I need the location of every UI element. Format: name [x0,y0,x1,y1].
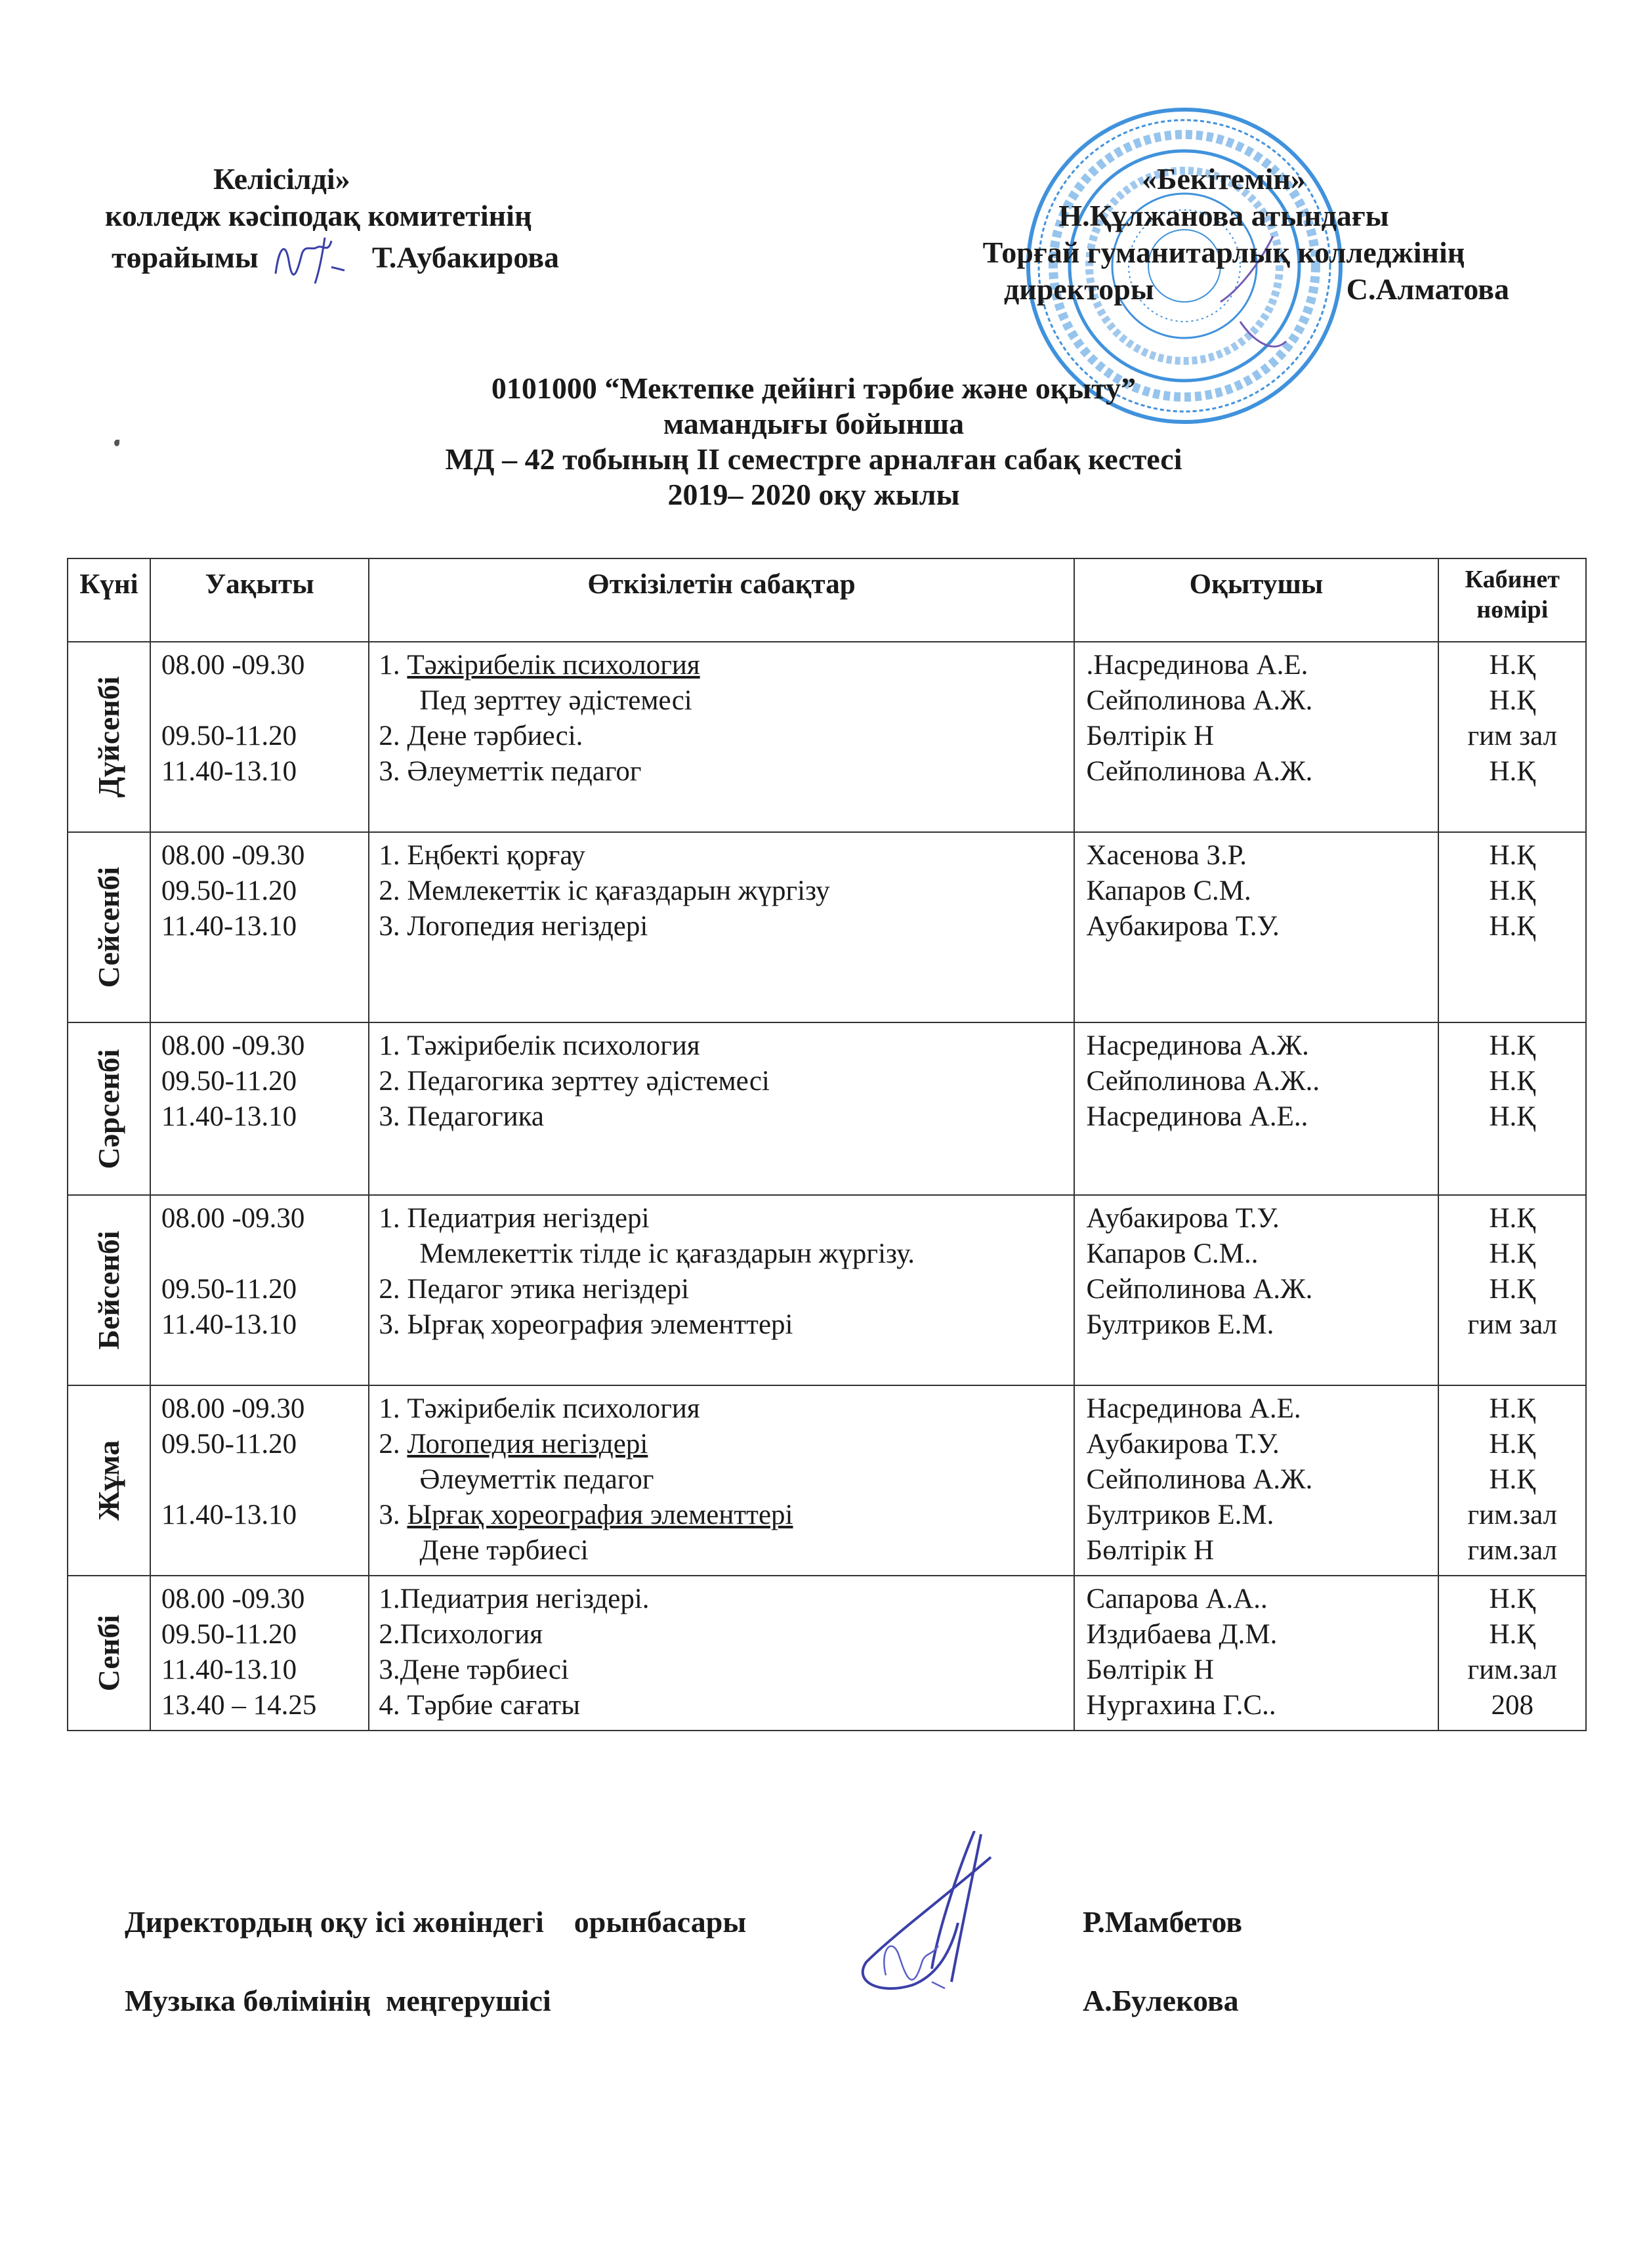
subject-line: 1. Тәжірибелік психология [379,1028,1073,1064]
room-line: Н.Қ [1439,1028,1585,1064]
subject-line: 4. Тәрбие сағаты [379,1688,1073,1723]
header-subjects: Өткізілетін сабақтар [369,558,1074,642]
day-cell: Дүйсенбі [68,642,150,832]
director-name: С.Алматова [1346,271,1509,308]
teacher-line: Капаров С.М.. [1087,1236,1438,1272]
time-line: 09.50-11.20 [161,1064,369,1099]
time-line: 11.40-13.10 [161,909,369,944]
time-line: 11.40-13.10 [161,1099,369,1135]
table-row: Сенбі08.00 -09.3009.50-11.2011.40-13.101… [68,1576,1586,1731]
room-line: гим.зал [1439,1533,1585,1568]
time-line: 08.00 -09.30 [161,1582,369,1617]
room-line: Н.Қ [1439,1427,1585,1462]
room-line: Н.Қ [1439,1272,1585,1307]
teacher-line: Капаров С.М. [1087,873,1438,909]
schedule-table: Күні Уақыты Өткізілетін сабақтар Оқытушы… [67,558,1587,1731]
teacher-line: Насрединова А.Е.. [1087,1099,1438,1135]
time-cell: 08.00 -09.3009.50-11.2011.40-13.1013.40 … [150,1576,369,1731]
deputy-name: Р.Мамбетов [1083,1904,1242,1939]
time-line: 08.00 -09.30 [161,1201,369,1236]
subject-text: 1. Тәжірибелік психология [379,1393,699,1424]
time-line [161,1236,369,1272]
teacher-line: Сейполинова А.Ж.. [1087,1064,1438,1099]
subject-number: 3. [379,1500,407,1530]
room-line: Н.Қ [1439,909,1585,944]
teacher-line: Аубакирова Т.У. [1087,1427,1438,1462]
subject-line: Мемлекеттік тілде іс қағаздарын жүргізу. [379,1236,1073,1272]
time-line: 08.00 -09.30 [161,648,369,683]
teacher-line: Бөлтірік Н [1087,1533,1438,1568]
subject-line: 2. Педагогика зерттеу әдістемесі [379,1064,1073,1099]
time-line: 13.40 – 14.25 [161,1688,369,1723]
subject-line: 2.Психология [379,1617,1073,1652]
time-cell: 08.00 -09.3009.50-11.2011.40-13.10 [150,1385,369,1576]
table-row: Жұма08.00 -09.3009.50-11.2011.40-13.101.… [68,1385,1586,1576]
subject-line: 2. Мемлекеттік іс қағаздарын жүргізу [379,873,1073,909]
approval-block-right: «Бекітемін» Н.Құлжанова атындағы Торғай … [912,161,1535,308]
header-room-line1: Кабинет [1440,564,1585,595]
day-label: Жұма [91,1440,127,1521]
room-cell: Н.ҚН.ҚН.Қ [1438,1022,1586,1195]
teacher-line: Бөлтірік Н [1087,719,1438,754]
subject-line: 1. Тәжірибелік психология [379,1391,1073,1427]
subject-line: 2. Дене тәрбиесі. [379,719,1073,754]
teacher-cell: .Насрединова А.Е.Сейполинова А.Ж.Бөлтірі… [1074,642,1439,832]
signature-icon [840,1831,1030,2002]
subject-text: Әлеуметтік педагог [419,1464,654,1495]
teacher-line: .Насрединова А.Е. [1087,648,1438,683]
teacher-cell: Насрединова А.Ж.Сейполинова А.Ж..Насреди… [1074,1022,1439,1195]
subject-cell: 1. Еңбекті қорғау2. Мемлекеттік іс қағаз… [369,832,1074,1022]
time-line: 09.50-11.20 [161,1427,369,1462]
table-row: Бейсенбі08.00 -09.3009.50-11.2011.40-13.… [68,1195,1586,1385]
subject-text: 3. Логопедия негіздері [379,911,648,942]
subject-line: 2. Педагог этика негіздері [379,1272,1073,1307]
head-role: Музыка бөлімінің меңгерушісі [125,1984,551,2017]
title-group: МД – 42 тобының ІІ семестрге арналған са… [131,442,1496,477]
director-line: директоры С.Алматова [912,271,1535,308]
time-line: 11.40-13.10 [161,1498,369,1533]
subject-text: 3. Ырғақ хореография элементтері [379,1309,793,1340]
room-line: Н.Қ [1439,873,1585,909]
room-line: Н.Қ [1439,1617,1585,1652]
subject-text: 3. Педагогика [379,1101,544,1132]
time-line: 09.50-11.20 [161,1617,369,1652]
room-cell: Н.ҚН.Қгим залН.Қ [1438,642,1586,832]
head-name: А.Булекова [1083,1983,1239,2018]
subject-title-underlined: Логопедия негіздері [407,1429,648,1459]
room-cell: Н.ҚН.ҚН.Қгим.залгим.зал [1438,1385,1586,1576]
subject-number: 2. [379,1429,407,1459]
time-line [161,683,369,719]
teacher-line: Бултриков Е.М. [1087,1307,1438,1343]
approved-label: «Бекітемін» [912,161,1535,198]
subject-line: 3. Әлеуметтік педагог [379,754,1073,789]
teacher-line: Насрединова А.Ж. [1087,1028,1438,1064]
time-cell: 08.00 -09.3009.50-11.2011.40-13.10 [150,832,369,1022]
room-line: Н.Қ [1439,1391,1585,1427]
time-cell: 08.00 -09.3009.50-11.2011.40-13.10 [150,642,369,832]
subject-line: 3. Логопедия негіздері [379,909,1073,944]
subject-text: 2.Психология [379,1619,543,1650]
day-label: Дүйсенбі [91,677,127,798]
teacher-line: Бөлтірік Н [1087,1652,1438,1688]
room-line: гим.зал [1439,1652,1585,1688]
subject-cell: 1. Тәжірибелік психология2. Педагогика з… [369,1022,1074,1195]
header-day: Күні [68,558,150,642]
college-name-line2: Торғай гуманитарлық колледжінің [912,234,1535,271]
subject-text: 1. Педиатрия негіздері [379,1203,649,1234]
subject-number: 1. [379,650,407,681]
subject-cell: 1. Педиатрия негіздеріМемлекеттік тілде … [369,1195,1074,1385]
signature-icon [266,234,364,287]
time-line: 11.40-13.10 [161,754,369,789]
teacher-line: Издибаева Д.М. [1087,1617,1438,1652]
footer-head: Музыка бөлімінің меңгерушісі А.Булекова [125,1983,551,2018]
room-line: Н.Қ [1439,1236,1585,1272]
teacher-line: Сейполинова А.Ж. [1087,1272,1438,1307]
subject-line: 2. Логопедия негіздері [379,1427,1073,1462]
teacher-line: Хасенова З.Р. [1087,838,1438,873]
footer-deputy: Директордың оқу ісі жөніндегі орынбасары… [125,1904,746,1939]
room-line: Н.Қ [1439,1582,1585,1617]
day-cell: Жұма [68,1385,150,1576]
title-by-specialty: мамандығы бойынша [131,406,1496,442]
subject-text: 4. Тәрбие сағаты [379,1690,580,1721]
room-cell: Н.ҚН.Қгим.зал208 [1438,1576,1586,1731]
time-line [161,1462,369,1498]
room-cell: Н.ҚН.ҚН.Қгим зал [1438,1195,1586,1385]
time-line: 08.00 -09.30 [161,1391,369,1427]
day-cell: Бейсенбі [68,1195,150,1385]
subject-line: 1. Тәжірибелік психология [379,648,1073,683]
day-label: Бейсенбі [91,1230,127,1349]
subject-title-underlined: Тәжірибелік психология [407,650,699,681]
teacher-cell: Насрединова А.Е.Аубакирова Т.У.Сейполино… [1074,1385,1439,1576]
time-cell: 08.00 -09.3009.50-11.2011.40-13.10 [150,1195,369,1385]
subject-line: 3. Ырғақ хореография элементтері [379,1307,1073,1343]
day-cell: Сәрсенбі [68,1022,150,1195]
time-cell: 08.00 -09.3009.50-11.2011.40-13.10 [150,1022,369,1195]
title-year: 2019– 2020 оқу жылы [131,477,1496,513]
subject-text: 2. Педагог этика негіздері [379,1274,689,1305]
scan-artifact [114,440,119,446]
room-line: гим зал [1439,1307,1585,1343]
room-line: Н.Қ [1439,754,1585,789]
subject-text: Пед зерттеу әдістемесі [419,685,692,716]
teacher-line: Аубакирова Т.У. [1087,1201,1438,1236]
teacher-line: Сапарова А.А.. [1087,1582,1438,1617]
room-line: гим зал [1439,719,1585,754]
subject-text: 3.Дене тәрбиесі [379,1654,569,1685]
subject-line: 1.Педиатрия негіздері. [379,1582,1073,1617]
subject-cell: 1.Педиатрия негіздері.2.Психология3.Дене… [369,1576,1074,1731]
day-label: Сенбі [91,1615,127,1691]
time-line: 11.40-13.10 [161,1652,369,1688]
teacher-cell: Хасенова З.Р.Капаров С.М.Аубакирова Т.У. [1074,832,1439,1022]
subject-line: Дене тәрбиесі [379,1533,1073,1568]
room-line: Н.Қ [1439,1064,1585,1099]
subject-text: 1.Педиатрия негіздері. [379,1584,649,1614]
subject-text: 2. Педагогика зерттеу әдістемесі [379,1066,769,1097]
subject-cell: 1. Тәжірибелік психологияПед зерттеу әді… [369,642,1074,832]
time-line: 11.40-13.10 [161,1307,369,1343]
subject-title-underlined: Ырғақ хореография элементтері [407,1500,793,1530]
title-specialty: 0101000 “Мектепке дейінгі тәрбие және оқ… [131,371,1496,406]
header-teacher: Оқытушы [1074,558,1439,642]
subject-text: 3. Әлеуметтік педагог [379,756,641,787]
subject-line: 1. Еңбекті қорғау [379,838,1073,873]
subject-line: 3. Ырғақ хореография элементтері [379,1498,1073,1533]
room-line: 208 [1439,1688,1585,1723]
room-line: Н.Қ [1439,683,1585,719]
table-row: Сәрсенбі08.00 -09.3009.50-11.2011.40-13.… [68,1022,1586,1195]
day-label: Сейсенбі [91,867,127,988]
agreed-label: Келісілді» [105,161,630,198]
document-title: 0101000 “Мектепке дейінгі тәрбие және оқ… [131,371,1496,513]
teacher-cell: Сапарова А.А..Издибаева Д.М.Бөлтірік ННу… [1074,1576,1439,1731]
room-line: гим.зал [1439,1498,1585,1533]
time-line: 08.00 -09.30 [161,1028,369,1064]
subject-text: Дене тәрбиесі [419,1535,588,1566]
director-role: директоры [1004,271,1154,308]
time-line: 09.50-11.20 [161,719,369,754]
time-line: 09.50-11.20 [161,873,369,909]
subject-line: 3.Дене тәрбиесі [379,1652,1073,1688]
time-line [161,1533,369,1568]
subject-line: Пед зерттеу әдістемесі [379,683,1073,719]
day-cell: Сенбі [68,1576,150,1731]
subject-line: Әлеуметтік педагог [379,1462,1073,1498]
header-room-line2: нөмірі [1440,595,1585,625]
room-cell: Н.ҚН.ҚН.Қ [1438,832,1586,1022]
subject-text: 2. Мемлекеттік іс қағаздарын жүргізу [379,875,829,906]
chair-name: Т.Аубакирова [372,241,559,274]
day-cell: Сейсенбі [68,832,150,1022]
table-row: Сейсенбі08.00 -09.3009.50-11.2011.40-13.… [68,832,1586,1022]
room-line: Н.Қ [1439,1201,1585,1236]
header-room: Кабинет нөмірі [1438,558,1586,642]
teacher-line: Сейполинова А.Ж. [1087,683,1438,719]
subject-text: Мемлекеттік тілде іс қағаздарын жүргізу. [419,1238,915,1269]
room-line: Н.Қ [1439,1462,1585,1498]
subject-cell: 1. Тәжірибелік психология2. Логопедия не… [369,1385,1074,1576]
teacher-line: Сейполинова А.Ж. [1087,1462,1438,1498]
approval-block-left: Келісілді» колледж кәсіподақ комитетінің… [105,161,630,287]
time-line: 09.50-11.20 [161,1272,369,1307]
teacher-line: Насрединова А.Е. [1087,1391,1438,1427]
committee-label: колледж кәсіподақ комитетінің [105,198,630,234]
teacher-line: Сейполинова А.Ж. [1087,754,1438,789]
deputy-role: Директордың оқу ісі жөніндегі орынбасары [125,1905,746,1939]
teacher-line: Бултриков Е.М. [1087,1498,1438,1533]
table-header-row: Күні Уақыты Өткізілетін сабақтар Оқытушы… [68,558,1586,642]
college-name-line1: Н.Құлжанова атындағы [912,198,1535,234]
room-line: Н.Қ [1439,648,1585,683]
room-line: Н.Қ [1439,1099,1585,1135]
subject-line: 3. Педагогика [379,1099,1073,1135]
subject-text: 1. Еңбекті қорғау [379,840,585,871]
teacher-cell: Аубакирова Т.У.Капаров С.М..Сейполинова … [1074,1195,1439,1385]
subject-line: 1. Педиатрия негіздері [379,1201,1073,1236]
teacher-line: Аубакирова Т.У. [1087,909,1438,944]
chair-role: төрайымы [112,241,259,274]
room-line: Н.Қ [1439,838,1585,873]
day-label: Сәрсенбі [91,1049,127,1169]
chair-line: төрайымы Т.Аубакирова [105,234,630,287]
teacher-line: Нургахина Г.С.. [1087,1688,1438,1723]
subject-text: 2. Дене тәрбиесі. [379,721,583,751]
time-line: 08.00 -09.30 [161,838,369,873]
subject-text: 1. Тәжірибелік психология [379,1030,699,1061]
header-time: Уақыты [150,558,369,642]
table-row: Дүйсенбі08.00 -09.3009.50-11.2011.40-13.… [68,642,1586,832]
schedule-body: Дүйсенбі08.00 -09.3009.50-11.2011.40-13.… [68,642,1586,1731]
